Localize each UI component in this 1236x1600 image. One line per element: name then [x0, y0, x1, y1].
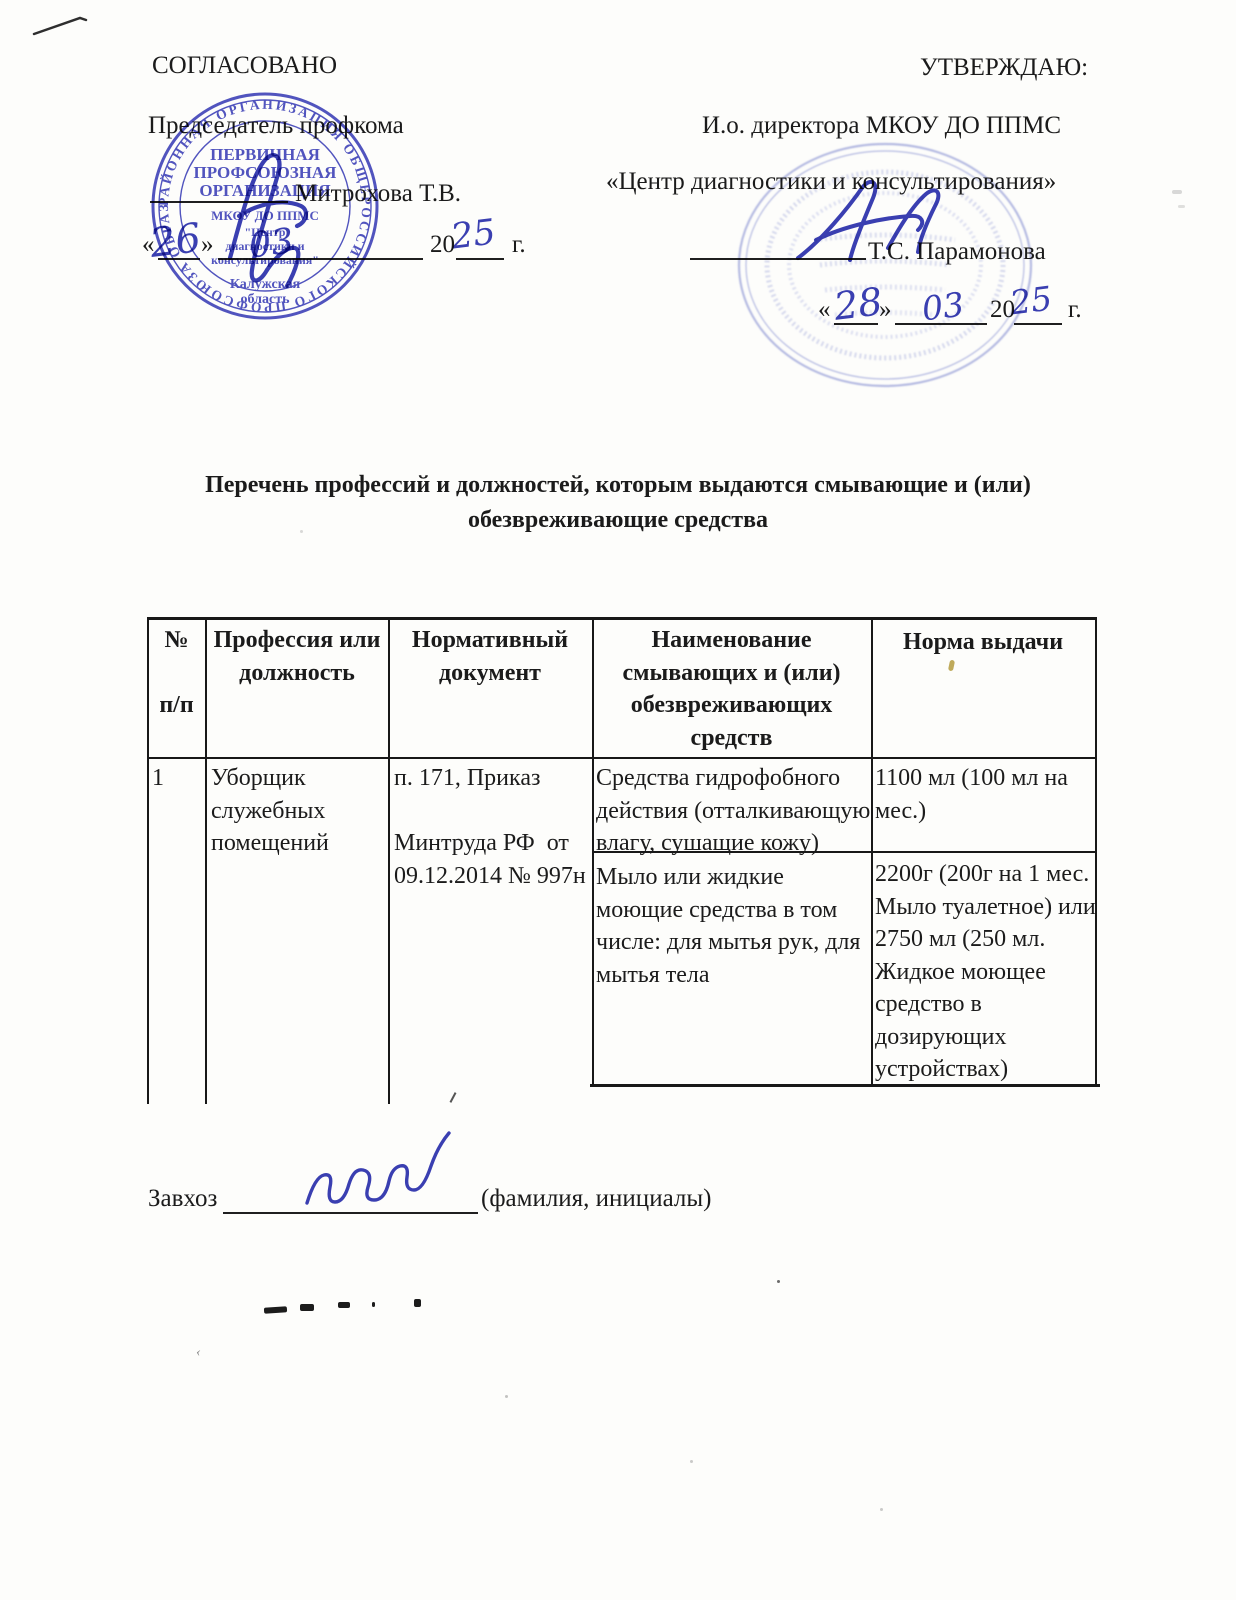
bleed-dash	[264, 1306, 287, 1314]
left-date-suffix: г.	[512, 231, 526, 259]
scan-speck	[505, 1395, 508, 1398]
row1-num: 1	[152, 762, 164, 795]
header-cell-name: Наименование смывающих и (или) обезврежи…	[594, 624, 869, 754]
left-handwritten-year: 25	[449, 212, 498, 257]
row1-profession: Уборщик служебных помещений	[211, 762, 329, 860]
header-cell-document: Нормативный документ	[390, 624, 590, 689]
right-handwritten-year: 25	[1008, 279, 1054, 323]
right-handwritten-month: 03	[920, 285, 966, 329]
left-signature-ink	[195, 130, 355, 310]
scan-speck	[690, 1460, 693, 1463]
document-title: Перечень профессий и должностей, которым…	[0, 468, 1236, 538]
scan-speck	[777, 1280, 780, 1283]
bleed-dash	[372, 1302, 375, 1307]
table-border-top	[147, 617, 1097, 620]
scan-speck	[880, 1508, 883, 1511]
row1-sub2-norm: 2200г (200г на 1 мес. Мыло туалетное) ил…	[875, 858, 1096, 1086]
table-border-col1	[205, 617, 207, 1104]
scan-speck	[1178, 205, 1185, 208]
approved-header: УТВЕРЖДАЮ:	[920, 54, 1088, 82]
row1-sub1-name: Средства гидрофобного действия (отталкив…	[596, 762, 870, 860]
row1-document: п. 171, Приказ Минтруда РФ от 09.12.2014…	[394, 762, 586, 892]
header-cell-num: № п/п	[149, 624, 204, 722]
right-signature-ink	[770, 160, 970, 290]
pen-scratch-mark	[25, 5, 105, 45]
bleed-dash	[414, 1299, 421, 1307]
row1-sub1-norm: 1100 мл (100 мл на мес.)	[875, 762, 1068, 827]
header-cell-norm: Норма выдачи	[873, 626, 1093, 659]
table-border-col4	[871, 617, 873, 1087]
scanned-document-page: СОГЛАСОВАНО Председатель профкома Митрох…	[0, 0, 1236, 1600]
footer-hint: (фамилия, инициалы)	[481, 1185, 711, 1213]
scan-speck	[300, 530, 303, 533]
scan-speck: ‹	[195, 1345, 202, 1362]
yellow-ink-speck	[948, 660, 955, 672]
scan-speck	[1172, 190, 1182, 194]
footer-signature-ink	[295, 1115, 455, 1215]
footer-label: Завхоз	[148, 1185, 217, 1213]
agreed-header: СОГЛАСОВАНО	[152, 52, 337, 80]
header-cell-profession: Профессия или должность	[207, 624, 387, 689]
right-date-suffix: г.	[1068, 296, 1082, 324]
table-border-col2	[388, 617, 390, 1104]
bleed-dash	[338, 1302, 350, 1308]
table-border-header-bottom	[147, 757, 1097, 759]
tick-mark	[450, 1092, 457, 1103]
bleed-dash	[300, 1304, 314, 1311]
row1-sub2-name: Мыло или жидкие моющие средства в том чи…	[596, 861, 860, 991]
